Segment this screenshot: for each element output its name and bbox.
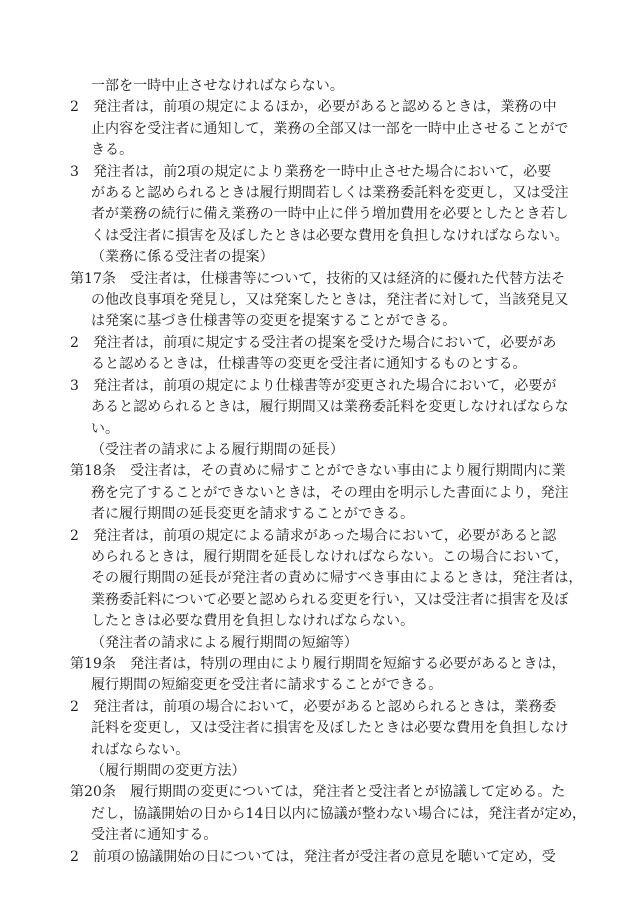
text-line: 一部を一時中止させなければならない。: [70, 76, 575, 97]
text-line: 3 発注者は，前項の規定により仕様書等が変更された場合において，必要が: [70, 376, 575, 397]
text-line: 者が業務の続行に備え業務の一時中止に伴う増加費用を必要としたとき若し: [70, 204, 575, 225]
text-line: 第20条 履行期間の変更については，発注者と受注者とが協議して定める。た: [70, 782, 575, 803]
text-line: くは受注者に損害を及ぼしたときは必要な費用を負担しなければならない。: [70, 226, 575, 247]
text-line: だし，協議開始の日から14日以内に協議が整わない場合には，発注者が定め，: [70, 804, 575, 825]
text-line: （履行期間の変更方法）: [70, 761, 575, 782]
text-line: があると認められるときは履行期間若しくは業務委託料を変更し，又は受注: [70, 183, 575, 204]
document-page: 一部を一時中止させなければならない。2 発注者は，前項の規定によるほか，必要があ…: [0, 0, 630, 903]
text-line: したときは必要な費用を負担しなければならない。: [70, 611, 575, 632]
text-line: 第17条 受注者は，仕様書等について，技術的又は経済的に優れた代替方法そ: [70, 269, 575, 290]
text-line: 者に履行期間の延長変更を請求することができる。: [70, 504, 575, 525]
text-line: ると認めるときは，仕様書等の変更を受注者に通知するものとする。: [70, 354, 575, 375]
text-line: （発注者の請求による履行期間の短縮等）: [70, 633, 575, 654]
text-line: 務を完了することができないときは，その理由を明示した書面により，発注: [70, 483, 575, 504]
text-line: 第18条 受注者は，その責めに帰すことができない事由により履行期間内に業: [70, 461, 575, 482]
text-line: 止内容を受注者に通知して，業務の全部又は一部を一時中止させることがで: [70, 119, 575, 140]
text-line: い。: [70, 419, 575, 440]
text-line: 2 前項の協議開始の日については，発注者が受注者の意見を聴いて定め，受: [70, 847, 575, 868]
text-line: 業務委託料について必要と認められる変更を行い，又は受注者に損害を及ぼ: [70, 590, 575, 611]
text-line: きる。: [70, 140, 575, 161]
text-line: （業務に係る受注者の提案）: [70, 247, 575, 268]
text-line: ればならない。: [70, 740, 575, 761]
text-line: その履行期間の延長が発注者の責めに帰すべき事由によるときは，発注者は，: [70, 568, 575, 589]
text-line: 3 発注者は，前2項の規定により業務を一時中止させた場合において，必要: [70, 162, 575, 183]
document-text-block: 一部を一時中止させなければならない。2 発注者は，前項の規定によるほか，必要があ…: [70, 76, 575, 868]
text-line: 2 発注者は，前項の規定によるほか，必要があると認めるときは，業務の中: [70, 97, 575, 118]
text-line: 2 発注者は，前項の規定による請求があった場合において，必要があると認: [70, 526, 575, 547]
text-line: 履行期間の短縮変更を受注者に請求することができる。: [70, 675, 575, 696]
text-line: （受注者の請求による履行期間の延長）: [70, 440, 575, 461]
text-line: は発案に基づき仕様書等の変更を提案することができる。: [70, 311, 575, 332]
text-line: められるときは，履行期間を延長しなければならない。この場合において，: [70, 547, 575, 568]
text-line: 2 発注者は，前項の場合において，必要があると認められるときは，業務委: [70, 697, 575, 718]
text-line: あると認められるときは，履行期間又は業務委託料を変更しなければならな: [70, 397, 575, 418]
text-line: の他改良事項を発見し，又は発案したときは，発注者に対して，当該発見又: [70, 290, 575, 311]
text-line: 2 発注者は，前項に規定する受注者の提案を受けた場合において，必要があ: [70, 333, 575, 354]
text-line: 受注者に通知する。: [70, 825, 575, 846]
text-line: 第19条 発注者は，特別の理由により履行期間を短縮する必要があるときは，: [70, 654, 575, 675]
text-line: 託料を変更し，又は受注者に損害を及ぼしたときは必要な費用を負担しなけ: [70, 718, 575, 739]
